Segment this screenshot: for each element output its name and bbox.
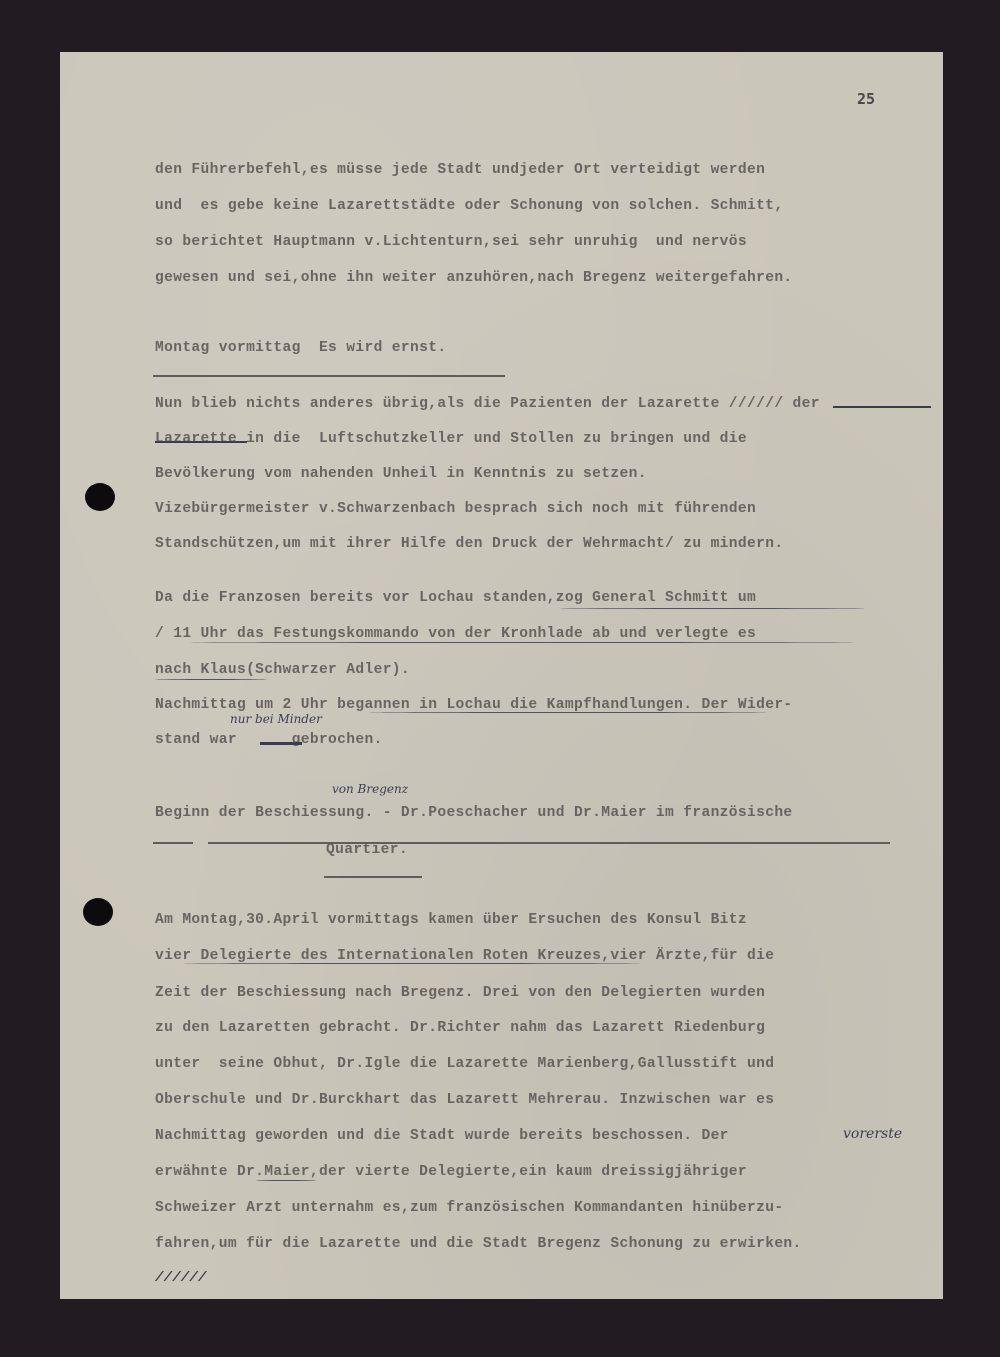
text-line: gewesen und sei,ohne ihn weiter anzuhöre… [155,270,793,286]
heading-underline [153,842,193,844]
strikethrough-mark [833,406,931,408]
text-line: / 11 Uhr das Festungskommando von der Kr… [155,626,756,642]
pen-underline [182,963,642,964]
text-line: Vizebürgermeister v.Schwarzenbach bespra… [155,501,756,517]
text-line: und es gebe keine Lazarettstädte oder Sc… [155,198,783,214]
punch-hole-bottom [83,898,113,926]
pen-underline [560,608,865,609]
text-line: fahren,um für die Lazarette und die Stad… [155,1236,802,1252]
closing-strike-marks: ////// [155,1270,207,1286]
text-line: erwähnte Dr.Maier,der vierte Delegierte,… [155,1164,747,1180]
text-line: Da die Franzosen bereits vor Lochau stan… [155,590,756,606]
text-line: Nachmittag um 2 Uhr begannen in Lochau d… [155,697,793,713]
text-line: Am Montag,30.April vormittags kamen über… [155,912,747,928]
text-line: Bevölkerung vom nahenden Unheil in Kennt… [155,466,647,482]
pen-underline [188,642,856,643]
document-page: 25 den Führerbefehl,es müsse jede Stadt … [60,52,943,1299]
pen-underline [256,1180,316,1181]
handwritten-annotation: nur bei Minder [230,712,322,726]
section-heading: Beginn der Beschiessung. - Dr.Poeschache… [155,805,793,821]
handwritten-annotation: vorerste [843,1126,902,1142]
text-line: so berichtet Hauptmann v.Lichtenturn,sei… [155,234,747,250]
heading-underline [208,842,890,844]
pen-underline [155,679,267,680]
heading-underline [324,876,422,878]
section-heading: Quartier. [326,842,408,858]
page-number: 25 [857,90,875,108]
text-line: Lazarette in die Luftschutzkeller und St… [155,431,747,447]
text-line: nach Klaus(Schwarzer Adler). [155,662,410,678]
text-line: vier Delegierte des Internationalen Rote… [155,948,774,964]
text-line: unter seine Obhut, Dr.Igle die Lazarette… [155,1056,774,1072]
text-line: zu den Lazaretten gebracht. Dr.Richter n… [155,1020,765,1036]
handwritten-annotation: von Bregenz [332,782,408,796]
section-heading: Montag vormittag Es wird ernst. [155,340,446,356]
punch-hole-top [85,483,115,511]
text-line: Oberschule und Dr.Burckhart das Lazarett… [155,1092,774,1108]
pen-underline [368,712,768,713]
text-line: stand war gebrochen. [155,732,383,748]
text-line: Nachmittag geworden und die Stadt wurde … [155,1128,729,1144]
text-line: den Führerbefehl,es müsse jede Stadt und… [155,162,765,178]
text-line: Standschützen,um mit ihrer Hilfe den Dru… [155,536,783,552]
text-line: Zeit der Beschiessung nach Bregenz. Drei… [155,985,765,1001]
text-line: Nun blieb nichts anderes übrig,als die P… [155,396,820,412]
text-line: Schweizer Arzt unternahm es,zum französi… [155,1200,783,1216]
heading-underline [153,375,505,377]
scribble-out-mark [260,742,302,745]
strikethrough-mark [155,441,247,443]
